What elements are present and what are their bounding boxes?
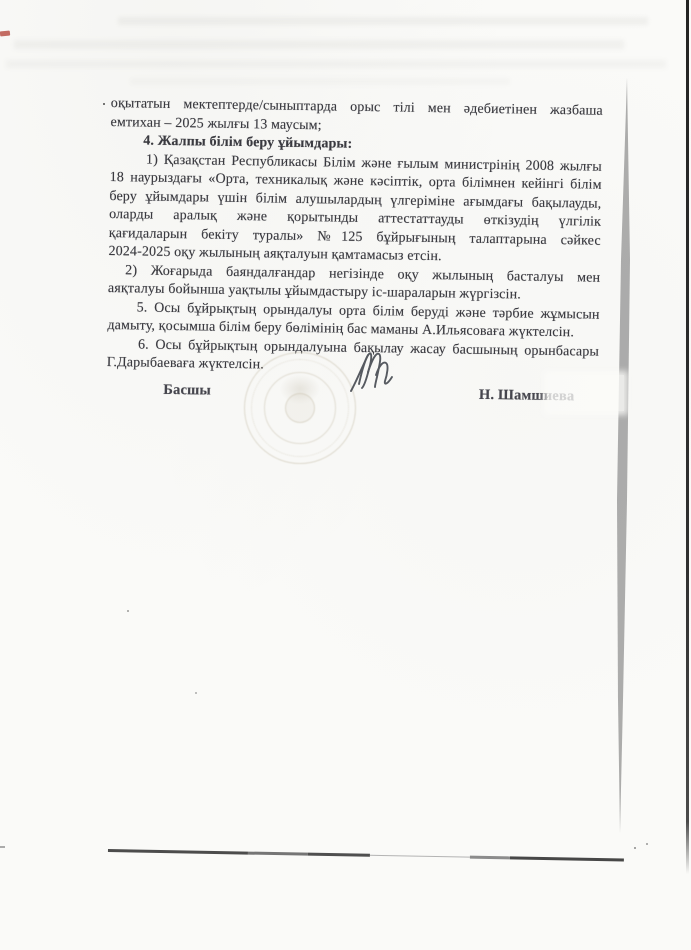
paper-speck bbox=[0, 846, 5, 848]
bottom-line-segment bbox=[370, 854, 470, 858]
signature-row: Басшы Н. Шамшиева bbox=[106, 379, 598, 405]
bottom-line-segment bbox=[248, 852, 308, 856]
bleedthrough-smudge bbox=[118, 17, 648, 25]
document-lines: оқытатын мектептерде/сыныптарда орыс тіл… bbox=[107, 95, 603, 380]
bleedthrough-smudge bbox=[6, 60, 666, 68]
red-pen-mark bbox=[0, 30, 10, 36]
bleedthrough-smudge bbox=[14, 40, 624, 49]
paper-speck bbox=[127, 610, 129, 612]
scan-artifact-bottom-line bbox=[108, 849, 624, 862]
bottom-line-segment bbox=[108, 849, 248, 855]
ink-dot bbox=[103, 103, 105, 105]
bottom-line-segment bbox=[510, 856, 624, 861]
bottom-line-segment bbox=[470, 856, 510, 860]
bleedthrough-smudge bbox=[130, 78, 510, 85]
bottom-line-segment bbox=[308, 853, 370, 857]
paper-speck bbox=[646, 843, 648, 845]
scan-artifact-light-patch bbox=[548, 375, 624, 411]
paper-speck bbox=[634, 847, 636, 849]
document-text-block: оқытатын мектептерде/сыныптарда орыс тіл… bbox=[106, 95, 603, 406]
scan-artifact-right-edge-line bbox=[686, 0, 689, 874]
signer-title: Басшы bbox=[163, 380, 211, 399]
scanned-document-page: оқытатын мектептерде/сыныптарда орыс тіл… bbox=[0, 0, 691, 950]
paper-speck bbox=[195, 692, 197, 694]
